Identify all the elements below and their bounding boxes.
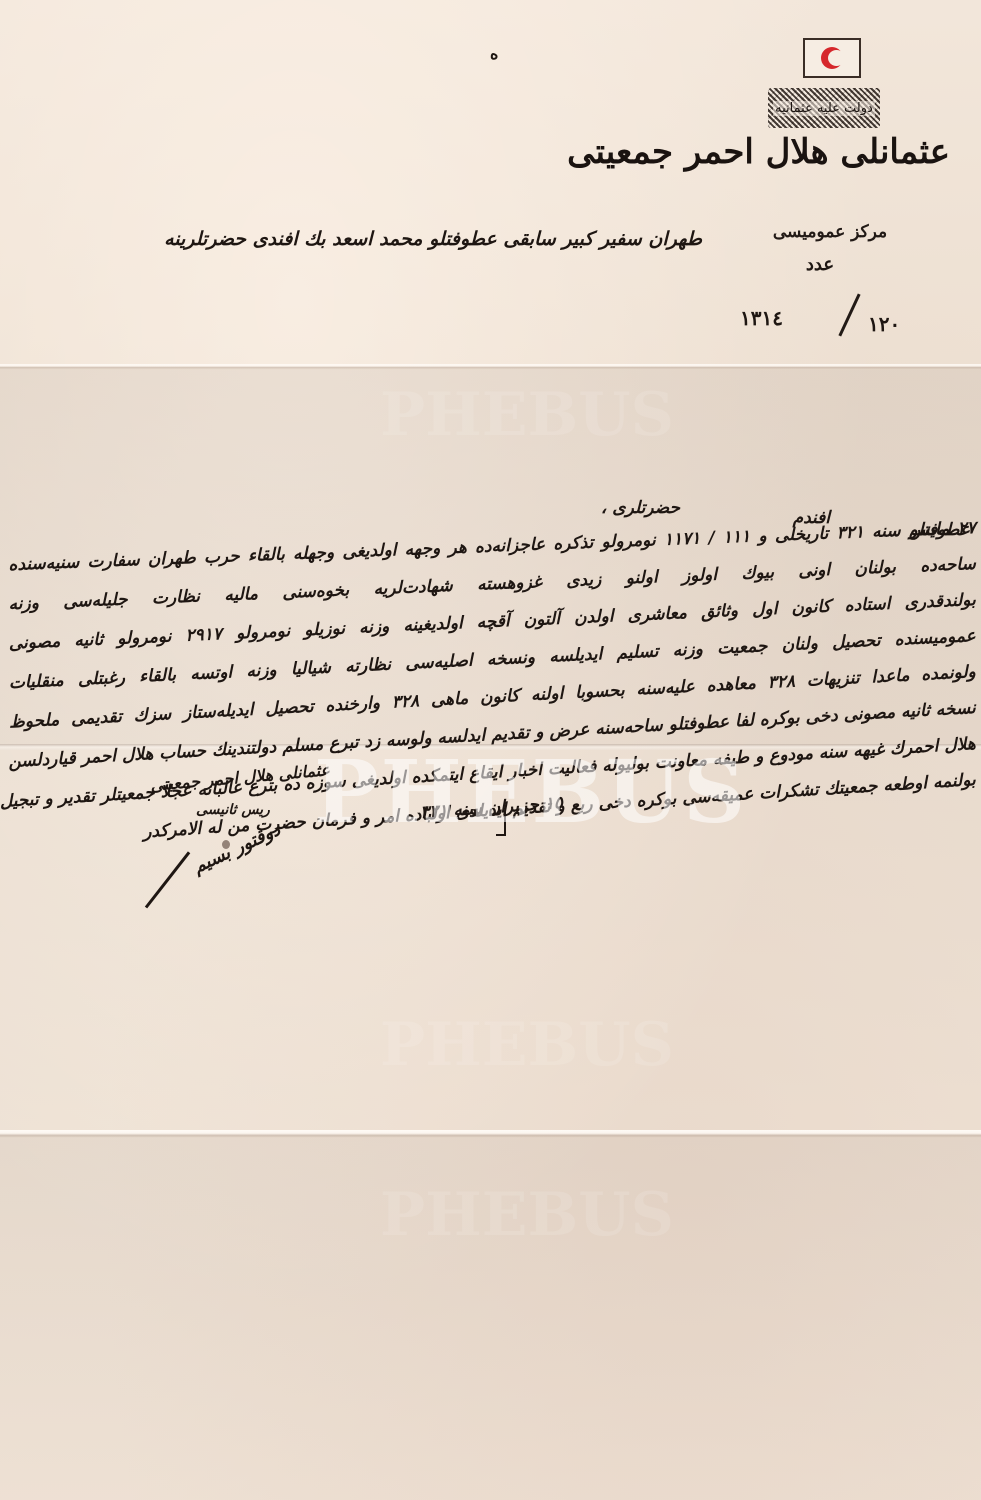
red-crescent-emblem: [803, 38, 861, 78]
letterhead-subtitle: مرکز عمومیسی: [760, 222, 900, 242]
watermark-faint: PHEBUS: [380, 1010, 674, 1080]
document-page: PHEBUS PHEBUS PHEBUS ه دولت علیه عثمانیه…: [0, 0, 981, 1500]
addressee-line: طهران سفیر کبیر سابقی عطوفتلو محمد اسعد …: [262, 228, 702, 250]
salutation-part: حضرتلری ،: [601, 498, 680, 518]
reference-year: ١٣١٤: [740, 306, 783, 330]
tughra-seal: دولت علیه عثمانیه: [768, 88, 880, 128]
letter-body: ۲۷ مایس سنه ۳۲۱ تاریخلی و ۱۱۱ / ۱۱۷۱ نوم…: [8, 518, 976, 802]
letterhead-organization: عثمانلی هلال احمر جمعیتی: [700, 132, 950, 172]
fold-shadow: [0, 1138, 981, 1500]
tughra-text: دولت علیه عثمانیه: [773, 101, 875, 116]
ink-spot: [222, 840, 230, 849]
date-bracket: [496, 812, 506, 836]
red-crescent-icon: [821, 47, 843, 69]
reference-slash: [838, 294, 860, 337]
reference-number: ١٢٠: [868, 312, 900, 336]
fold-line-lower: [0, 1130, 981, 1138]
signature: دوقتور بسیم: [150, 832, 270, 912]
letterhead-number-label: عدد: [790, 254, 850, 275]
fold-line-upper: [0, 364, 981, 370]
page-mark: ه: [490, 44, 498, 63]
signature-title: ریس ثانیسی: [196, 802, 270, 818]
